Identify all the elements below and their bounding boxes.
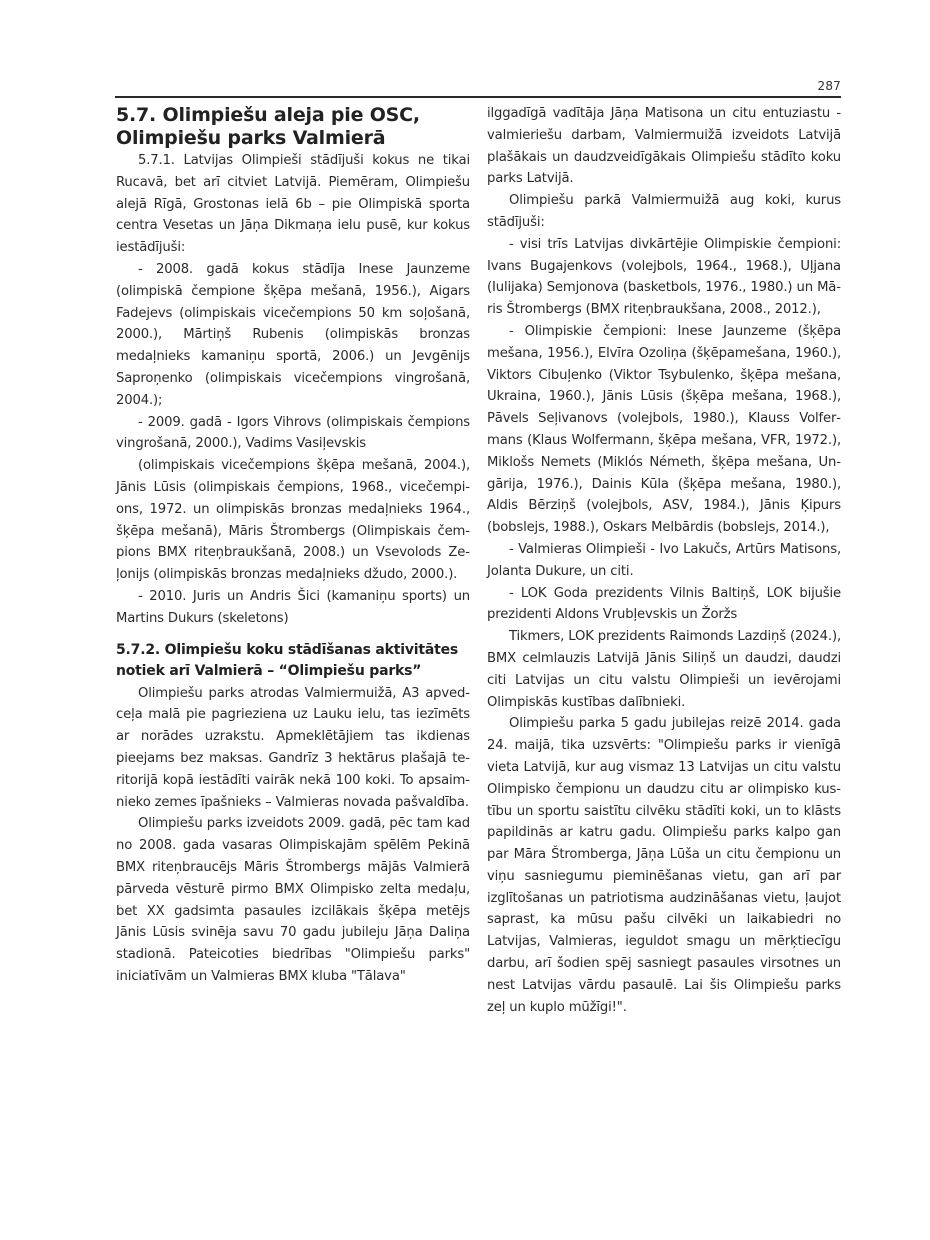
subsection-title: 5.7.2. Olimpiešu koku stādīšanas aktivit… bbox=[116, 640, 470, 682]
header-rule bbox=[115, 96, 841, 98]
paragraph: Olimpiešu parka 5 gadu jubilejas reizē 2… bbox=[487, 713, 841, 1018]
paragraph: 5.7.1. Latvijas Olimpieši stādījuši koku… bbox=[116, 150, 470, 259]
paragraph: Olimpiešu parks atrodas Valmiermuižā, A3… bbox=[116, 683, 470, 814]
page-number: 287 bbox=[817, 79, 841, 93]
left-column: 5.7. Olimpiešu aleja pie OSC, Olimpiešu … bbox=[116, 103, 470, 988]
right-column: ilggadīgā vadītāja Jāņa Matisona un citu… bbox=[487, 103, 841, 1018]
paragraph: ilggadīgā vadītāja Jāņa Matisona un citu… bbox=[487, 103, 841, 190]
paragraph: - 2009. gadā - Igors Vihrovs (olimpiskai… bbox=[116, 412, 470, 456]
paragraph: - 2008. gadā kokus stādīja Inese Jaunzem… bbox=[116, 259, 470, 412]
paragraph: - 2010. Juris un Andris Šici (kamaniņu s… bbox=[116, 586, 470, 630]
paragraph: (olimpiskais vicečempions šķēpa mešanā, … bbox=[116, 455, 470, 586]
paragraph: Olimpiešu parks izveidots 2009. gadā, pē… bbox=[116, 813, 470, 987]
paragraph: - Valmieras Olimpieši - Ivo Lakučs, Artū… bbox=[487, 539, 841, 583]
paragraph: Tikmers, LOK prezidents Raimonds Lazdiņš… bbox=[487, 626, 841, 713]
paragraph: - LOK Goda prezidents Vilnis Baltiņš, LO… bbox=[487, 583, 841, 627]
section-title: 5.7. Olimpiešu aleja pie OSC, Olimpiešu … bbox=[116, 103, 470, 150]
paragraph: - Olimpiskie čempioni: Inese Jaunzeme (š… bbox=[487, 321, 841, 539]
paragraph: Olimpiešu parkā Valmiermuižā aug koki, k… bbox=[487, 190, 841, 234]
paragraph: - visi trīs Latvijas divkārtējie Olimpis… bbox=[487, 234, 841, 321]
